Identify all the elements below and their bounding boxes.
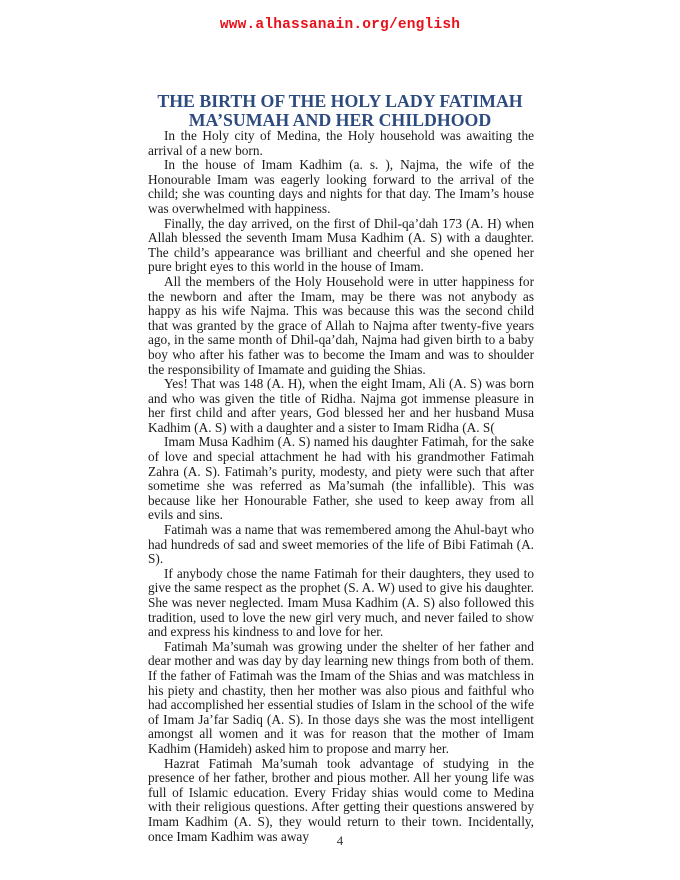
site-url-header: www.alhassanain.org/english xyxy=(0,17,680,33)
paragraph: In the house of Imam Kadhim (a. s. ), Na… xyxy=(148,158,534,216)
paragraph: Imam Musa Kadhim (A. S) named his daught… xyxy=(148,435,534,523)
title-line-2: MA’SUMAH AND HER CHILDHOOD xyxy=(189,110,491,130)
page-number: 4 xyxy=(0,833,680,849)
paragraph: Finally, the day arrived, on the first o… xyxy=(148,217,534,275)
paragraph: Yes! That was 148 (A. H), when the eight… xyxy=(148,377,534,435)
paragraph: Hazrat Fatimah Ma’sumah took advantage o… xyxy=(148,757,534,845)
paragraph: If anybody chose the name Fatimah for th… xyxy=(148,567,534,640)
paragraph: All the members of the Holy Household we… xyxy=(148,275,534,377)
page-title: THE BIRTH OF THE HOLY LADY FATIMAH MA’SU… xyxy=(140,92,540,130)
body-text: In the Holy city of Medina, the Holy hou… xyxy=(148,129,534,844)
title-line-1: THE BIRTH OF THE HOLY LADY FATIMAH xyxy=(157,91,522,111)
paragraph: Fatimah Ma’sumah was growing under the s… xyxy=(148,640,534,757)
paragraph: Fatimah was a name that was remembered a… xyxy=(148,523,534,567)
paragraph: In the Holy city of Medina, the Holy hou… xyxy=(148,129,534,158)
